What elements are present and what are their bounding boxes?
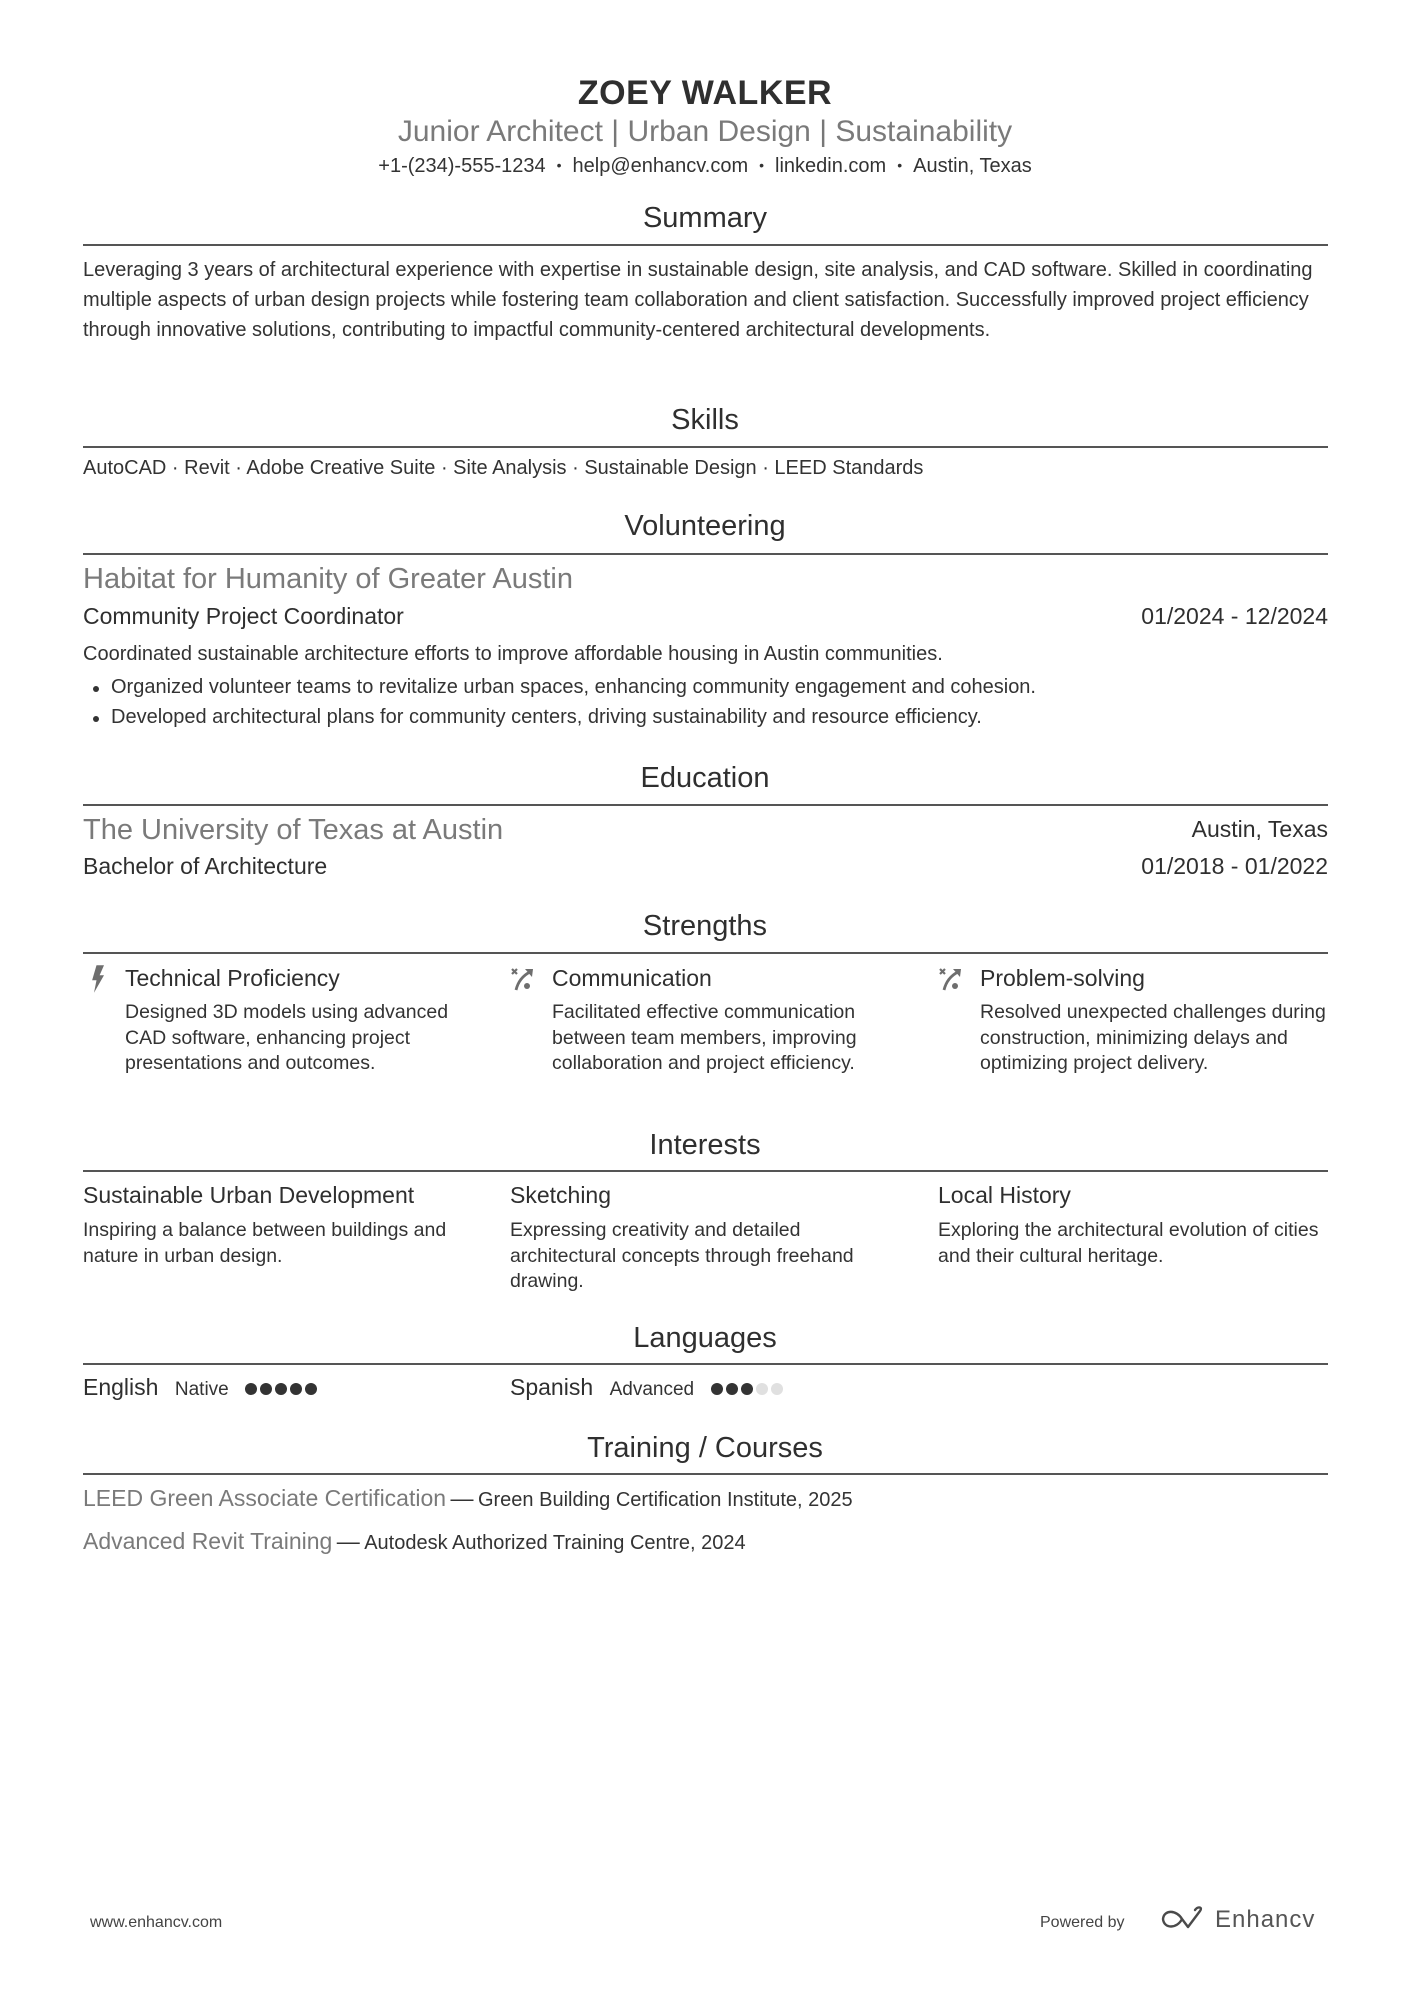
strength-description: Designed 3D models using advanced CAD so…: [125, 1000, 475, 1077]
rating-dot-filled: [275, 1383, 287, 1395]
course-title: LEED Green Associate Certification: [83, 1485, 446, 1511]
summary-text: Leveraging 3 years of architectural expe…: [83, 255, 1333, 345]
degree: Bachelor of Architecture: [83, 853, 327, 880]
rating-dot-filled: [726, 1383, 738, 1395]
organization-name: Habitat for Humanity of Greater Austin: [83, 563, 573, 596]
candidate-title: Junior Architect | Urban Design | Sustai…: [0, 115, 1410, 149]
skills-list: AutoCAD · Revit · Adobe Creative Suite ·…: [83, 457, 923, 480]
course-dash: —: [451, 1485, 474, 1511]
section-divider: [83, 244, 1328, 246]
volunteer-role: Community Project Coordinator: [83, 603, 404, 630]
bullet-item: Organized volunteer teams to revitalize …: [83, 673, 1036, 703]
strength-description: Resolved unexpected challenges during co…: [980, 1000, 1330, 1077]
title-part: Urban Design: [627, 115, 810, 148]
interest-title: Local History: [938, 1182, 1071, 1209]
section-heading-strengths: Strengths: [0, 910, 1410, 943]
course-dash: —: [337, 1528, 360, 1554]
language-name: English: [83, 1374, 158, 1400]
language-level: Advanced: [610, 1379, 695, 1400]
interest-title: Sketching: [510, 1182, 611, 1209]
school-location: Austin, Texas: [1192, 816, 1328, 843]
strength-description: Facilitated effective communication betw…: [552, 1000, 912, 1077]
language-level: Native: [175, 1379, 229, 1400]
title-divider: |: [819, 115, 827, 148]
interest-description: Exploring the architectural evolution of…: [938, 1218, 1333, 1269]
bullet-item: Developed architectural plans for commun…: [83, 703, 1036, 733]
strength-title: Technical Proficiency: [125, 965, 340, 992]
section-divider: [83, 1473, 1328, 1475]
contact-separator: •: [557, 157, 562, 173]
strength-title: Communication: [552, 965, 712, 992]
volunteer-dates: 01/2024 - 12/2024: [1141, 603, 1328, 630]
section-divider: [83, 553, 1328, 555]
volunteer-description: Coordinated sustainable architecture eff…: [83, 639, 943, 669]
rating-dot-filled: [305, 1383, 317, 1395]
strength-title: Problem-solving: [980, 965, 1145, 992]
course-title: Advanced Revit Training: [83, 1528, 332, 1554]
title-divider: |: [611, 115, 619, 148]
course-provider: Green Building Certification Institute, …: [478, 1489, 853, 1511]
interest-title: Sustainable Urban Development: [83, 1182, 414, 1209]
education-dates: 01/2018 - 01/2022: [1141, 853, 1328, 880]
volunteer-bullets: Organized volunteer teams to revitalize …: [83, 673, 1036, 732]
location: Austin, Texas: [913, 155, 1032, 177]
footer-url[interactable]: www.enhancv.com: [90, 1914, 222, 1932]
contact-separator: •: [759, 157, 764, 173]
section-heading-skills: Skills: [0, 404, 1410, 437]
email-link[interactable]: help@enhancv.com: [573, 155, 749, 177]
section-heading-languages: Languages: [0, 1322, 1410, 1355]
title-part: Sustainability: [835, 115, 1012, 148]
school-name: The University of Texas at Austin: [83, 814, 503, 847]
section-heading-summary: Summary: [0, 202, 1410, 235]
lightning-bolt-icon: [86, 964, 112, 994]
course-item: LEED Green Associate Certification — Gre…: [83, 1485, 853, 1512]
section-heading-education: Education: [0, 762, 1410, 795]
interest-description: Expressing creativity and detailed archi…: [510, 1218, 870, 1295]
language-rating: [711, 1382, 786, 1399]
rating-dot-filled: [741, 1383, 753, 1395]
rating-dot-filled: [260, 1383, 272, 1395]
language-item: English Native: [83, 1374, 320, 1401]
section-divider: [83, 1363, 1328, 1365]
section-divider: [83, 804, 1328, 806]
section-divider: [83, 952, 1328, 954]
strategy-arrow-icon: [510, 964, 536, 994]
language-name: Spanish: [510, 1374, 593, 1400]
rating-dot-filled: [245, 1383, 257, 1395]
interest-description: Inspiring a balance between buildings an…: [83, 1218, 483, 1269]
course-item: Advanced Revit Training — Autodesk Autho…: [83, 1528, 746, 1555]
course-provider: Autodesk Authorized Training Centre, 202…: [364, 1532, 745, 1554]
contact-separator: •: [897, 157, 902, 173]
section-heading-training: Training / Courses: [0, 1432, 1410, 1465]
section-heading-volunteering: Volunteering: [0, 510, 1410, 543]
rating-dot-filled: [290, 1383, 302, 1395]
strategy-arrow-icon: [938, 964, 964, 994]
section-heading-interests: Interests: [0, 1129, 1410, 1162]
candidate-name: ZOEY WALKER: [0, 74, 1410, 113]
language-rating: [245, 1382, 320, 1399]
enhancv-logo-icon: [1160, 1905, 1208, 1933]
rating-dot-filled: [711, 1383, 723, 1395]
powered-by-label: Powered by: [1040, 1914, 1125, 1932]
section-divider: [83, 446, 1328, 448]
enhancv-brand[interactable]: Enhancv: [1215, 1906, 1315, 1934]
title-part: Junior Architect: [398, 115, 603, 148]
linkedin-link[interactable]: linkedin.com: [775, 155, 886, 177]
section-divider: [83, 1170, 1328, 1172]
phone[interactable]: +1-(234)-555-1234: [378, 155, 545, 177]
rating-dot-empty: [756, 1383, 768, 1395]
rating-dot-empty: [771, 1383, 783, 1395]
contact-info: +1-(234)-555-1234•help@enhancv.com•linke…: [0, 155, 1410, 178]
language-item: Spanish Advanced: [510, 1374, 786, 1401]
